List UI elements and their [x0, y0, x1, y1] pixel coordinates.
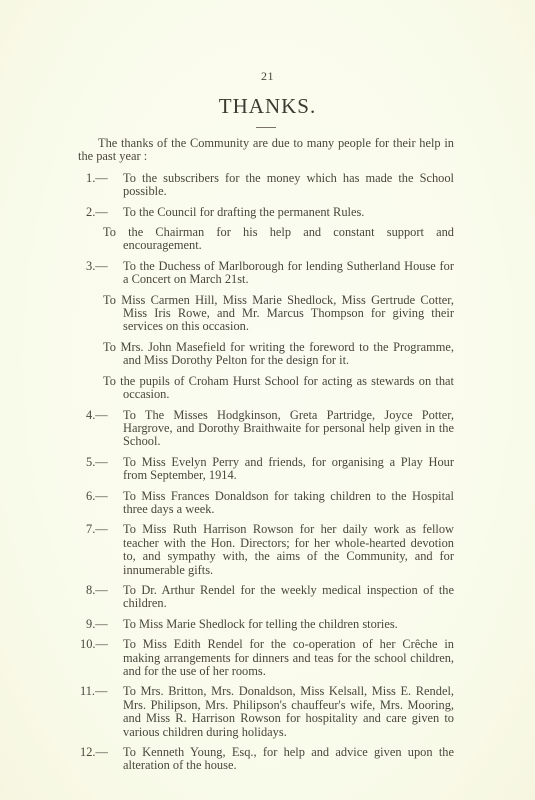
- item-text: To Dr. Arthur Rendel for the weekly medi…: [123, 584, 454, 611]
- item-text: To the Council for drafting the permanen…: [123, 206, 454, 219]
- item-number: 2.—: [86, 206, 108, 219]
- thanks-item-8: 8.— To Dr. Arthur Rendel for the weekly …: [78, 584, 454, 611]
- item-text: To Miss Edith Rendel for the co-operatio…: [123, 638, 454, 678]
- item-number: 7.—: [86, 523, 108, 536]
- thanks-subitem: To Mrs. John Masefield for writing the f…: [78, 341, 454, 368]
- thanks-subitem: To the pupils of Croham Hurst School for…: [78, 375, 454, 402]
- thanks-body: The thanks of the Community are due to m…: [78, 137, 454, 780]
- thanks-item-3: 3.— To the Duchess of Marlborough for le…: [78, 260, 454, 287]
- thanks-subitem: To Miss Carmen Hill, Miss Marie Shedlock…: [78, 294, 454, 334]
- item-text: To Kenneth Young, Esq., for help and adv…: [123, 746, 454, 773]
- item-number: 11.—: [80, 685, 107, 698]
- page-number: 21: [0, 69, 535, 84]
- page-title: THANKS.: [0, 94, 535, 119]
- item-text: To the subscribers for the money which h…: [123, 172, 454, 199]
- thanks-item-7: 7.— To Miss Ruth Harrison Rowson for her…: [78, 523, 454, 577]
- item-text: To Miss Frances Donaldson for taking chi…: [123, 490, 454, 517]
- intro-paragraph: The thanks of the Community are due to m…: [78, 137, 454, 164]
- item-text: To Miss Marie Shedlock for telling the c…: [123, 618, 454, 631]
- thanks-subitem: To the Chairman for his help and constan…: [78, 226, 454, 253]
- item-number: 1.—: [86, 172, 108, 185]
- thanks-item-4: 4.— To The Misses Hodgkinson, Greta Part…: [78, 409, 454, 449]
- item-number: 9.—: [86, 618, 108, 631]
- thanks-item-5: 5.— To Miss Evelyn Perry and friends, fo…: [78, 456, 454, 483]
- item-text: To the Duchess of Marlborough for lendin…: [123, 260, 454, 287]
- thanks-item-2: 2.— To the Council for drafting the perm…: [78, 206, 454, 219]
- thanks-item-6: 6.— To Miss Frances Donaldson for taking…: [78, 490, 454, 517]
- item-number: 5.—: [86, 456, 108, 469]
- thanks-item-1: 1.— To the subscribers for the money whi…: [78, 172, 454, 199]
- item-text: To Miss Ruth Harrison Rowson for her dai…: [123, 523, 454, 577]
- item-number: 8.—: [86, 584, 108, 597]
- item-number: 4.—: [86, 409, 108, 422]
- title-divider: [256, 127, 276, 128]
- item-number: 12.—: [80, 746, 108, 759]
- thanks-item-9: 9.— To Miss Marie Shedlock for telling t…: [78, 618, 454, 631]
- thanks-item-11: 11.— To Mrs. Britton, Mrs. Donaldson, Mi…: [78, 685, 454, 739]
- item-text: To Mrs. Britton, Mrs. Donaldson, Miss Ke…: [123, 685, 454, 739]
- thanks-item-10: 10.— To Miss Edith Rendel for the co-ope…: [78, 638, 454, 678]
- document-page: 21 THANKS. The thanks of the Community a…: [0, 0, 535, 800]
- item-text: To The Misses Hodgkinson, Greta Partridg…: [123, 409, 454, 449]
- item-number: 10.—: [80, 638, 108, 651]
- item-number: 3.—: [86, 260, 108, 273]
- thanks-item-12: 12.— To Kenneth Young, Esq., for help an…: [78, 746, 454, 773]
- item-text: To Miss Evelyn Perry and friends, for or…: [123, 456, 454, 483]
- item-number: 6.—: [86, 490, 108, 503]
